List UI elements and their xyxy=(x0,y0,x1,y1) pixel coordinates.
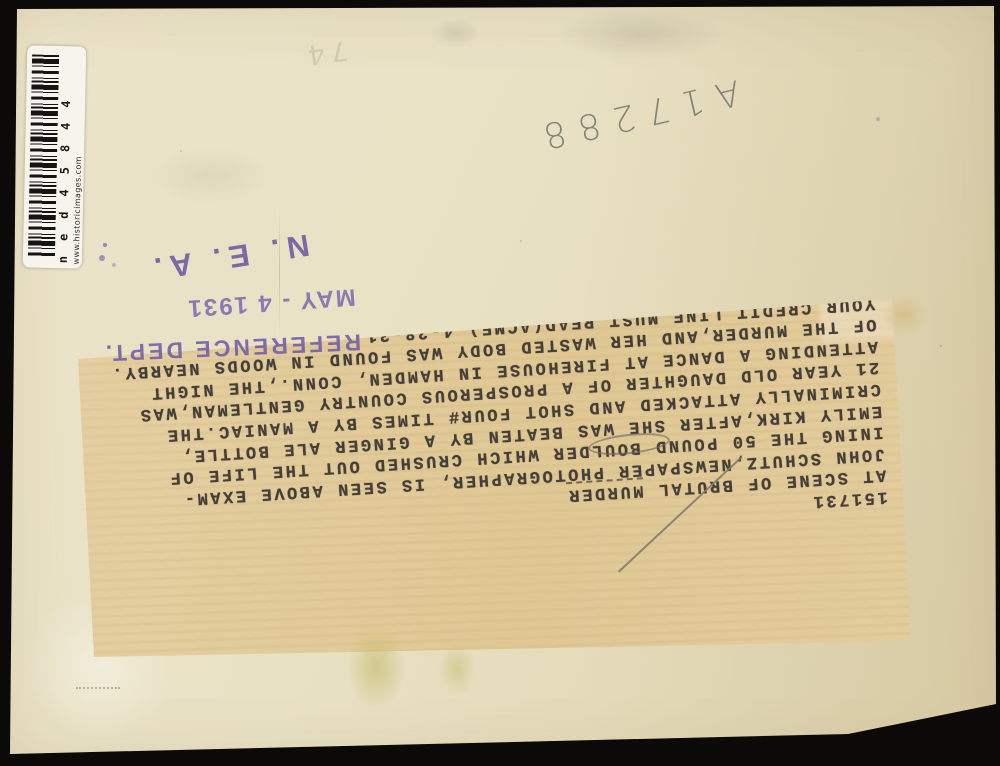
green-stain xyxy=(438,642,476,696)
smudge-mark xyxy=(430,18,480,48)
paper-specks xyxy=(0,0,2,2)
scan-background: ned45844 www.historicimages.com N. E. A.… xyxy=(0,0,1000,766)
dotted-mark xyxy=(76,687,120,689)
paper-crease xyxy=(279,205,280,340)
green-stain xyxy=(346,626,406,710)
purple-ink-specks xyxy=(103,243,107,247)
barcode-icon xyxy=(28,55,59,259)
barcode-code: ned45844 xyxy=(56,53,74,263)
barcode-sticker: ned45844 www.historicimages.com xyxy=(23,45,87,268)
smudge-mark xyxy=(150,145,270,205)
tan-stain xyxy=(880,294,928,336)
smudge-mark xyxy=(555,8,725,60)
